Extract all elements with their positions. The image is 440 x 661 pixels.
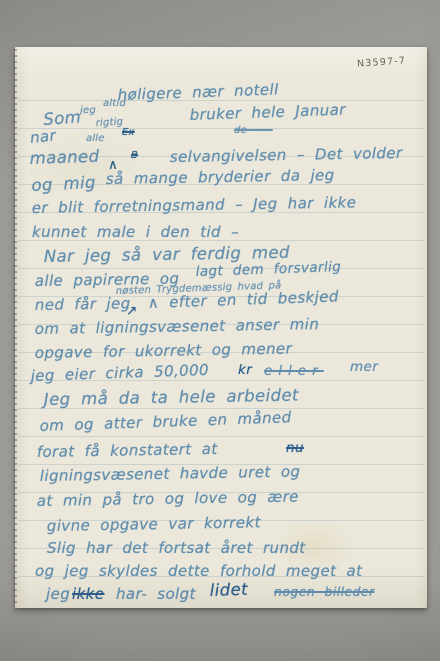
handwritten-line: kunnet male i den tid –	[32, 223, 239, 241]
struck-word: B	[131, 150, 138, 161]
handwritten-word: mer	[350, 359, 378, 375]
handwritten-line: givne opgave var korrekt	[47, 513, 261, 535]
handwritten-line: Som	[43, 107, 82, 129]
inserted-word: jeg	[80, 105, 96, 116]
handwritten-line: ned får jeg	[35, 294, 131, 314]
struck-word: nogen billeder	[274, 584, 375, 599]
handwritten-word: kr	[238, 362, 252, 378]
handwritten-line: nar	[29, 126, 57, 147]
caret-mark: ↗	[126, 303, 138, 319]
handwritten-line: har- solgt	[116, 585, 196, 603]
handwritten-word: jeg	[46, 585, 70, 603]
inserted-word: alle	[86, 133, 105, 144]
struck-word: nu	[286, 440, 304, 456]
struck-word: de ——	[234, 125, 273, 136]
handwritten-line: og mig	[31, 173, 96, 195]
perforation-edge	[14, 49, 17, 606]
struck-word: ikke	[72, 585, 104, 603]
handwritten-line: forat få konstatert at	[37, 440, 218, 461]
handwritten-line: maaned	[29, 147, 99, 168]
inserted-word: rigtig	[95, 117, 123, 129]
handwritten-word: lidet	[209, 580, 248, 600]
handwritten-line: Slig har det fortsat året rundt	[47, 539, 306, 557]
handwritten-line: og jeg skyldes dette forhold meget at	[35, 562, 362, 580]
struck-word: Ex	[122, 127, 135, 138]
struck-word: eller	[264, 363, 324, 379]
inserted-word: altid	[103, 98, 126, 109]
